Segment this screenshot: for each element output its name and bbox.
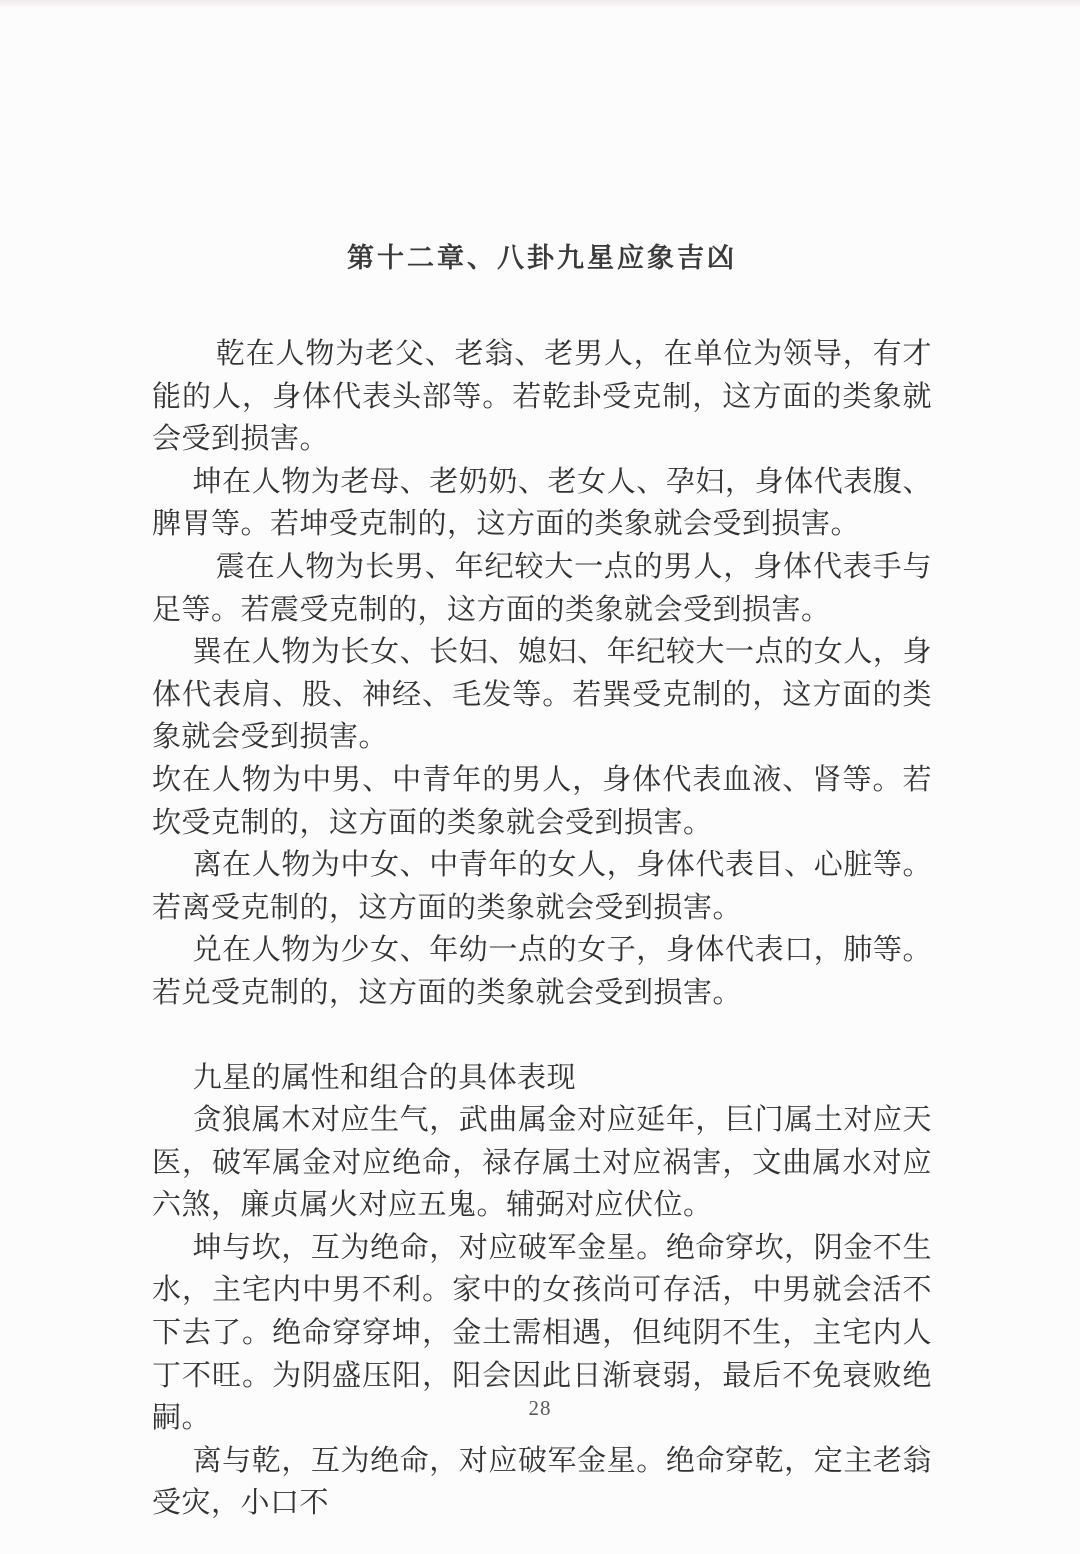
- page-content: 第十二章、八卦九星应象吉凶 乾在人物为老父、老翁、老男人，在单位为领导，有才能的…: [0, 0, 1080, 1525]
- paragraph-nine-stars-attributes: 贪狼属木对应生气，武曲属金对应延年，巨门属土对应天医，破军属金对应绝命，禄存属土…: [152, 1099, 932, 1227]
- document-page: 第十二章、八卦九星应象吉凶 乾在人物为老父、老翁、老男人，在单位为领导，有才能的…: [0, 0, 1080, 1554]
- chapter-title: 第十二章、八卦九星应象吉凶: [152, 236, 932, 275]
- paragraph-li-qian-jueming: 离与乾，互为绝命，对应破军金星。绝命穿乾，定主老翁受灾，小口不: [152, 1440, 932, 1525]
- section-heading: 九星的属性和组合的具体表现: [152, 1057, 932, 1100]
- paragraph-qian: 乾在人物为老父、老翁、老男人，在单位为领导，有才能的人，身体代表头部等。若乾卦受…: [152, 333, 932, 461]
- paragraph-kan: 坎在人物为中男、中青年的男人，身体代表血液、肾等。若坎受克制的，这方面的类象就会…: [152, 759, 932, 844]
- paragraph-zhen: 震在人物为长男、年纪较大一点的男人，身体代表手与足等。若震受克制的，这方面的类象…: [152, 546, 932, 631]
- page-number: 28: [0, 1396, 1080, 1421]
- paragraph-kun: 坤在人物为老母、老奶奶、老女人、孕妇，身体代表腹、脾胃等。若坤受克制的，这方面的…: [152, 461, 932, 546]
- paragraph-dui: 兑在人物为少女、年幼一点的女子，身体代表口，肺等。若兑受克制的，这方面的类象就会…: [152, 929, 932, 1014]
- scan-edge-artifact: [0, 0, 1080, 7]
- paragraph-xun: 巽在人物为长女、长妇、媳妇、年纪较大一点的女人，身体代表肩、股、神经、毛发等。若…: [152, 631, 932, 759]
- paragraph-li: 离在人物为中女、中青年的女人，身体代表目、心脏等。若离受克制的，这方面的类象就会…: [152, 844, 932, 929]
- body-text: 乾在人物为老父、老翁、老男人，在单位为领导，有才能的人，身体代表头部等。若乾卦受…: [152, 333, 932, 1525]
